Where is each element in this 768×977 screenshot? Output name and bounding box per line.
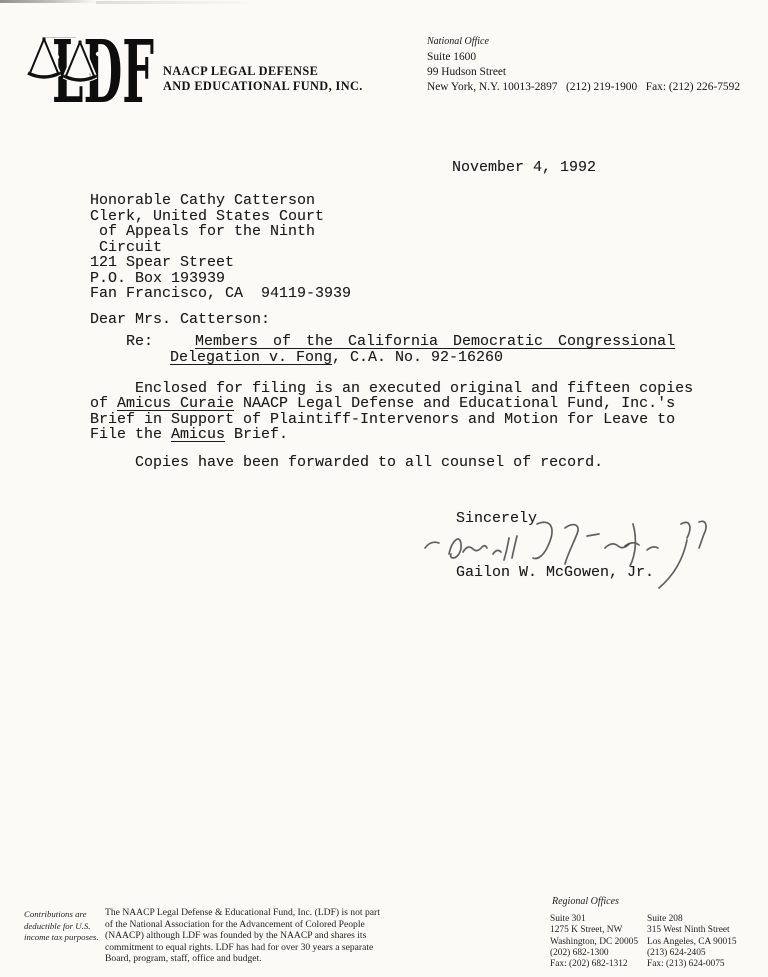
re-subject-line1: Members of the California Democratic Con… [195,334,675,349]
national-office-block: National Office Suite 1600 99 Hudson Str… [427,36,740,95]
tax-deductible-note: Contributions are deductible for U.S. in… [24,909,99,944]
re-label: Re: [126,334,153,349]
national-office-address: Suite 1600 99 Hudson Street New York, N.… [427,50,740,95]
ldf-logo: LDF [20,27,160,109]
signer-name: Gailon W. McGowen, Jr. [456,565,654,580]
washington-office-address: Suite 301 1275 K Street, NW Washington, … [550,914,638,970]
org-name-line1: NAACP LEGAL DEFENSE [163,64,363,79]
scan-artifact [0,0,96,3]
body-paragraph-2: Copies have been forwarded to all counse… [90,455,603,470]
org-disclaimer: The NAACP Legal Defense & Educational Fu… [105,907,380,965]
body-paragraph-1: Enclosed for filing is an executed origi… [90,381,693,443]
regional-offices-label: Regional Offices [552,896,619,907]
scan-artifact [96,1,256,4]
letter-page: LDF NAACP LEGAL DE [0,0,768,977]
letter-date: November 4, 1992 [452,160,596,175]
los-angeles-office-address: Suite 208 315 West Ninth Street Los Ange… [647,914,737,970]
org-name: NAACP LEGAL DEFENSE AND EDUCATIONAL FUND… [163,64,363,94]
case-name: Delegation v. Fong [170,349,332,366]
case-number: , C.A. No. 92-16260 [332,349,503,366]
re-subject-line2: Delegation v. Fong, C.A. No. 92-16260 [170,350,503,365]
recipient-address: Honorable Cathy Catterson Clerk, United … [90,193,351,302]
salutation: Dear Mrs. Catterson: [90,312,270,327]
org-name-line2: AND EDUCATIONAL FUND, INC. [163,79,363,94]
national-office-label: National Office [427,36,740,47]
